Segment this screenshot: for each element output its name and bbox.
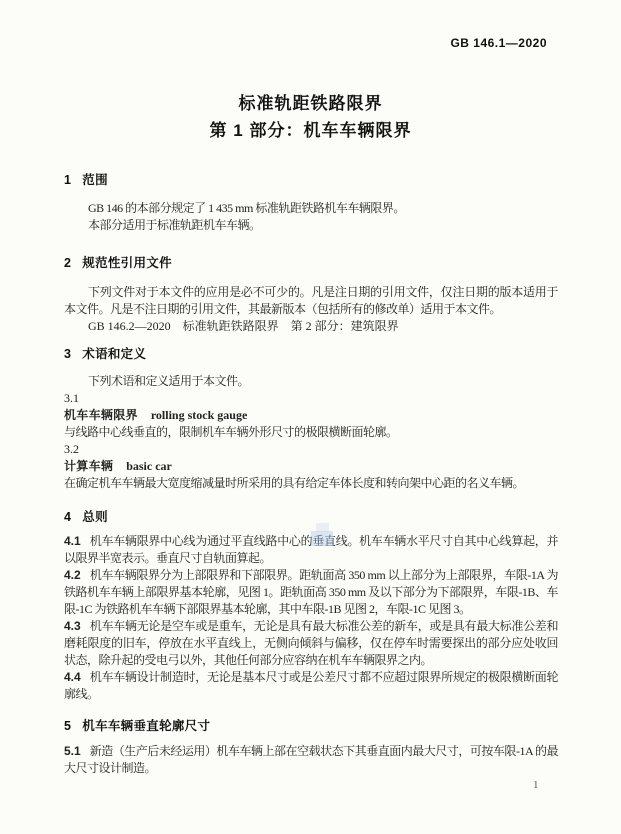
document-title-line2: 第 1 部分：机车车辆限界: [0, 117, 621, 144]
term-en: rolling stock gauge: [151, 408, 247, 422]
term-zh: 机车车辆限界: [64, 408, 138, 422]
clause: 4.2机车车辆限界分为上部限界和下部限界。距轨面高 350 mm 以上部分为上部…: [64, 567, 558, 618]
section-5-title: 机车车辆垂直轮廓尺寸: [82, 719, 210, 733]
term-zh: 计算车辆: [64, 459, 113, 473]
section-3-number: 3: [64, 347, 71, 361]
clause: 5.1新造（生产后未经运用）机车车辆上部在空载状态下其垂直面内最大尺寸，可按车限…: [64, 743, 558, 777]
paragraph: 下列文件对于本文件的应用是必不可少的。凡是注日期的引用文件，仅注日期的版本适用于…: [64, 284, 558, 318]
clause: 4.3机车车辆无论是空车或是重车，无论是具有最大标准公差的新车，或是具有最大标准…: [64, 618, 558, 669]
clause-text: 机车车辆无论是空车或是重车，无论是具有最大标准公差的新车，或是具有最大标准公差和…: [64, 619, 558, 667]
term-number: 3.2: [64, 441, 558, 458]
clause-number: 4.2: [64, 568, 90, 582]
terms-intro: 下列术语和定义适用于本文件。: [64, 373, 558, 390]
section-4-number: 4: [64, 510, 71, 524]
term-definition: 与线路中心线垂直的，限制机车车辆外形尺寸的极限横断面轮廓。: [64, 424, 558, 441]
clause: 4.4机车车辆设计制造时，无论是基本尺寸或是公差尺寸都不应超过限界所规定的极限横…: [64, 669, 558, 703]
section-4-title: 总则: [82, 510, 108, 524]
section-3-title: 术语和定义: [82, 347, 146, 361]
section-2-number: 2: [64, 256, 71, 270]
clause-text: 机车车辆设计制造时，无论是基本尺寸或是公差尺寸都不应超过限界所规定的极限横断面轮…: [64, 670, 558, 701]
section-2-heading: 2规范性引用文件: [64, 253, 558, 271]
term-en: basic car: [126, 459, 172, 473]
section-5-number: 5: [64, 719, 71, 733]
section-2-body: 下列文件对于本文件的应用是必不可少的。凡是注日期的引用文件，仅注日期的版本适用于…: [64, 284, 558, 335]
document-title: 标准轨距铁路限界 第 1 部分：机车车辆限界: [0, 90, 621, 144]
section-2-title: 规范性引用文件: [82, 256, 172, 270]
clause-text: 机车车辆限界分为上部限界和下部限界。距轨面高 350 mm 以上部分为上部限界，…: [64, 568, 558, 616]
term-definition: 在确定机车车辆最大宽度缩减量时所采用的具有给定车体长度和转向架中心距的名义车辆。: [64, 475, 558, 492]
paragraph: 本部分适用于标准轨距机车车辆。: [64, 217, 558, 234]
section-3-body: 下列术语和定义适用于本文件。 3.1 机车车辆限界rolling stock g…: [64, 373, 558, 492]
standard-number: GB 146.1—2020: [450, 36, 547, 50]
clause-number: 4.1: [64, 534, 90, 548]
section-3-heading: 3术语和定义: [64, 344, 558, 362]
section-1-number: 1: [64, 173, 71, 187]
page-number: 1: [533, 779, 539, 791]
normative-reference: GB 146.2—2020 标准轨距铁路限界 第 2 部分：建筑限界: [64, 318, 558, 335]
clause-number: 4.3: [64, 619, 90, 633]
section-5-body: 5.1新造（生产后未经运用）机车车辆上部在空载状态下其垂直面内最大尺寸，可按车限…: [64, 743, 558, 777]
clause-number: 5.1: [64, 744, 90, 758]
section-4-heading: 4总则: [64, 507, 558, 525]
term-entry: 机车车辆限界rolling stock gauge: [64, 407, 558, 424]
section-4-body: 4.1机车车辆限界中心线为通过平直线路中心的垂直线。机车车辆水平尺寸自其中心线算…: [64, 533, 558, 703]
section-5-heading: 5机车车辆垂直轮廓尺寸: [64, 716, 558, 734]
section-1-body: GB 146 的本部分规定了 1 435 mm 标准轨距铁路机车车辆限界。 本部…: [64, 200, 558, 234]
paragraph: GB 146 的本部分规定了 1 435 mm 标准轨距铁路机车车辆限界。: [64, 200, 558, 217]
clause-number: 4.4: [64, 670, 90, 684]
term-number: 3.1: [64, 390, 558, 407]
section-1-heading: 1范围: [64, 170, 558, 188]
scan-highlight-artifact: [311, 531, 333, 546]
clause-text: 新造（生产后未经运用）机车车辆上部在空载状态下其垂直面内最大尺寸，可按车限-1A…: [64, 744, 558, 775]
section-1-title: 范围: [82, 173, 108, 187]
document-title-line1: 标准轨距铁路限界: [0, 90, 621, 117]
term-entry: 计算车辆basic car: [64, 458, 558, 475]
document-page: GB 146.1—2020 标准轨距铁路限界 第 1 部分：机车车辆限界 1范围…: [0, 0, 621, 834]
